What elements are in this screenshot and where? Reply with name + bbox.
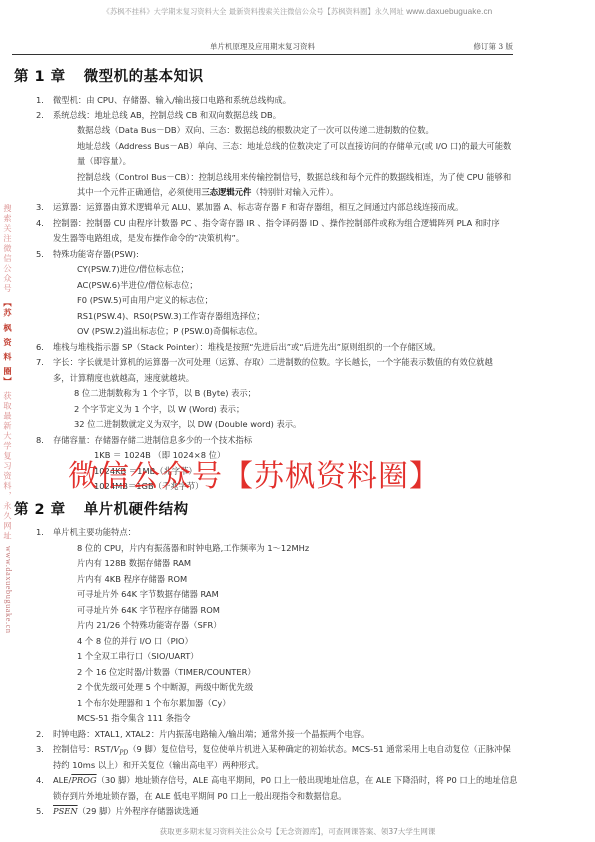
document-title: 单片机原理及应用期末复习资料 <box>12 41 513 52</box>
overline-signal: PROG <box>71 775 96 785</box>
chapter-title: 微型机的基本知识 <box>84 69 204 85</box>
top-banner-text: 《苏枫不挂科》大学期末复习资料大全 最新资料搜索关注微信公众号【苏枫资料圈】永久… <box>103 7 404 16</box>
edition-label: 修订第 3 版 <box>473 41 513 52</box>
list-number: 3. <box>36 744 44 754</box>
list-item: 系统总线：地址总线 AB，控制总线 CB 和双向数据总线 DB。 <box>53 110 281 121</box>
overline-signal: PSEN <box>53 806 78 816</box>
list-item-cont: 锁存到片外地址锁存器，在 ALE 低电平期间 P0 口上一般出现指令和数据信息。 <box>53 791 347 802</box>
list-subitem: 可寻址片外 64K 字节数据存储器 RAM <box>77 589 219 600</box>
list-item: PSEN（29 脚）片外程序存储器读选通 <box>53 806 199 817</box>
list-subitem: 32 位二进制数就定义为双字，以 DW (Double word) 表示。 <box>74 419 301 430</box>
list-number: 2. <box>36 729 44 739</box>
chapter-number: 第 1 章 <box>14 69 66 85</box>
list-item: 运算器：运算器由算术逻辑单元 ALU、累加器 A、标志寄存器 F 和寄存器组，相… <box>53 202 463 213</box>
list-item-cont: 发生器等电路组成，是发布操作命令的“决策机构”。 <box>53 233 244 244</box>
list-subitem: 1 个布尔处理器和 1 个布尔累加器（Cy） <box>77 698 231 709</box>
list-subitem: F0 (PSW.5)可由用户定义的标志位； <box>77 295 213 306</box>
list-subitem: 8 位的 CPU，片内有振荡器和时钟电路,工作频率为 1～12MHz <box>77 543 309 554</box>
chapter-1-heading: 第 1 章微型机的基本知识 <box>14 65 204 86</box>
list-subitem: 控制总线（Control Bus－CB）：控制总线用来传输控制信号，数据总线和每… <box>77 172 511 183</box>
list-item: 控制器：控制器 CU 由程序计数器 PC 、指令寄存器 IR 、指令译码器 ID… <box>53 218 500 229</box>
list-subitem: AC(PSW.6)半进位/借位标志位； <box>77 280 198 291</box>
emphasis-text: 三态逻辑元件 <box>201 187 251 197</box>
list-subitem: 1 个全双工串行口（SIO/UART） <box>77 651 199 662</box>
red-watermark-overlay: 微信公众号【苏枫资料圈】 <box>68 451 440 495</box>
list-item: 单片机主要功能特点： <box>53 527 136 538</box>
top-banner: 《苏枫不挂科》大学期末复习资料大全 最新资料搜索关注微信公众号【苏枫资料圈】永久… <box>0 7 595 17</box>
side-watermark-part2: 【苏 枫 资 料 圈】 <box>3 298 13 387</box>
list-item: 特殊功能寄存器(PSW): <box>53 249 139 260</box>
list-number: 5. <box>36 806 44 816</box>
list-subitem: 数据总线（Data Bus－DB）双向、三态：数据总线的根数决定了一次可以传递二… <box>77 125 434 136</box>
list-subitem: MCS-51 指令集含 111 条指令 <box>77 713 191 724</box>
list-item: 微型机：由 CPU、存储器、输入/输出接口电路和系统总线构成。 <box>53 95 291 106</box>
side-watermark-part3: 获取最新大学复习资料，永久网址 <box>3 391 13 541</box>
top-banner-url[interactable]: www.daxuebuguake.cn <box>406 7 492 16</box>
list-number: 6. <box>36 342 44 352</box>
list-subitem: 其中一个元件正确通信，必须使用三态逻辑元件（特别针对输入元件）。 <box>77 187 338 198</box>
chapter-title: 单片机硬件结构 <box>84 502 189 518</box>
list-number: 1. <box>36 95 44 105</box>
list-subitem: 2 个字节定义为 1 个字，以 W (Word) 表示； <box>74 404 244 415</box>
list-number: 8. <box>36 435 44 445</box>
list-subitem: CY(PSW.7)进位/借位标志位； <box>77 264 189 275</box>
list-number: 7. <box>36 357 44 367</box>
chapter-number: 第 2 章 <box>14 502 66 518</box>
side-watermark: 搜索关注微信公众号 【苏 枫 资 料 圈】 获取最新大学复习资料，永久网址 ww… <box>3 204 13 634</box>
list-subitem: 片内有 4KB 程序存储器 ROM <box>77 574 187 585</box>
list-subitem: 2 个优先级可处理 5 个中断源，两级中断优先级 <box>77 682 253 693</box>
list-item: 存储容量：存储器存储二进制信息多少的一个技术指标 <box>53 435 252 446</box>
list-item: 字长：字长就是计算机的运算器一次可处理（运算、存取）二进制数的位数。字长越长，一… <box>53 357 493 368</box>
list-item-cont: 多，计算精度也就越高，速度就越块。 <box>53 373 194 384</box>
side-watermark-part1: 搜索关注微信公众号 <box>3 204 13 294</box>
list-subitem: 量（即容量）。 <box>77 156 131 167</box>
list-item: ALE/PROG（30 脚）地址锁存信号，ALE 高电平期间，P0 口上一般出现… <box>53 775 517 786</box>
chapter-2-heading: 第 2 章单片机硬件结构 <box>14 498 189 519</box>
list-subitem: RS1(PSW.4)、RS0(PSW.3)工作寄存器组选择位； <box>77 311 265 322</box>
list-subitem: OV (PSW.2)溢出标志位；P (PSW.0)奇偶标志位。 <box>77 326 263 337</box>
list-number: 4. <box>36 775 44 785</box>
page-footer: 获取更多期末复习资料关注公众号【无念资源库】，可查网课答案、领37大学生网课 <box>0 826 595 837</box>
side-watermark-url: www.daxuebuguake.cn <box>4 546 13 634</box>
list-subitem: 4 个 8 位的并行 I/O 口（PIO） <box>77 636 193 647</box>
list-item: 时钟电路：XTAL1, XTAL2：片内振荡电路输入/输出端；通常外接一个晶振两… <box>53 729 369 740</box>
list-item-cont: 持约 10ms 以上）和开关复位（输出高电平）两种形式。 <box>53 760 264 771</box>
list-number: 3. <box>36 202 44 212</box>
list-number: 4. <box>36 218 44 228</box>
list-number: 5. <box>36 249 44 259</box>
list-subitem: 片内 21/26 个特殊功能寄存器（SFR） <box>77 620 222 631</box>
list-subitem: 片内有 128B 数据存储器 RAM <box>77 558 191 569</box>
list-subitem: 地址总线（Address Bus－AB）单向、三态：地址总线的位数决定了可以直接… <box>77 141 511 152</box>
list-number: 1. <box>36 527 44 537</box>
list-item: 控制信号：RST/VPD（9 脚）复位信号，复位使单片机进入某种确定的初始状态。… <box>53 744 511 759</box>
list-number: 2. <box>36 110 44 120</box>
list-subitem: 8 位二进制数称为 1 个字节，以 B (Byte) 表示； <box>74 388 256 399</box>
running-header: 单片机原理及应用期末复习资料 修订第 3 版 <box>12 40 513 55</box>
list-subitem: 2 个 16 位定时器/计数器（TIMER/COUNTER） <box>77 667 256 678</box>
list-subitem: 可寻址片外 64K 字节程序存储器 ROM <box>77 605 220 616</box>
list-item: 堆栈与堆栈指示器 SP（Stack Pointer）：堆栈是按照“先进后出”或“… <box>53 342 441 353</box>
